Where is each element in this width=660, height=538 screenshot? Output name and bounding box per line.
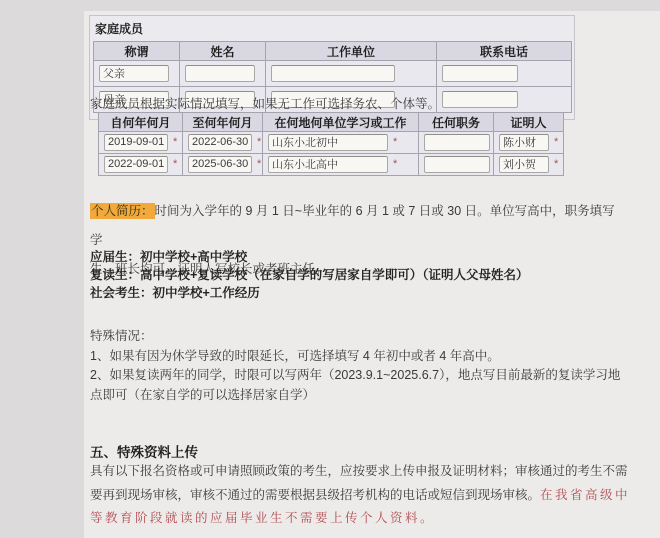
required-asterisk: * [554, 158, 558, 170]
resume-highlight-label: 个人简历： [90, 203, 155, 219]
upload-paragraph-line-2: 要再到现场审核，审核不通过的需要根据县级招考机构的电话或短信到现场审核。在我省高… [90, 484, 638, 508]
history-header-row: 自何年何月 至何年何月 在何地何单位学习或工作 任何职务 证明人 [99, 113, 564, 132]
required-asterisk: * [173, 158, 177, 170]
table-row-father [94, 61, 572, 87]
upload-text-red: 在我省高级中 [540, 488, 630, 502]
table-row-history-1: * * * * [99, 132, 564, 154]
upload-text-red: 等教育阶段就读的应届毕业生不需要上传个人资料。 [90, 511, 435, 525]
family-phone-input[interactable] [442, 65, 518, 82]
history-place-input[interactable] [268, 156, 388, 173]
table-row-history-2: * * * * [99, 154, 564, 176]
required-asterisk: * [554, 136, 558, 148]
special-cases: 特殊情况： 1、如果有因为休学导致的时限延长，可选择填写 4 年初中或者 4 年… [90, 327, 635, 405]
resume-instruction-text: 时间为入学年的 9 月 1 日~毕业年的 6 月 1 或 7 日或 30 日。单… [90, 204, 615, 247]
column-header-workunit: 工作单位 [266, 42, 437, 61]
resume-instruction-line-1: 个人简历：时间为入学年的 9 月 1 日~毕业年的 6 月 1 或 7 日或 3… [90, 197, 622, 255]
history-certifier-input[interactable] [499, 134, 549, 151]
history-table: 自何年何月 至何年何月 在何地何单位学习或工作 任何职务 证明人 * * * *… [98, 112, 564, 176]
special-case-item-1: 1、如果有因为休学导致的时限延长，可选择填写 4 年初中或者 4 年高中。 [90, 347, 635, 367]
family-members-legend: 家庭成员 [90, 18, 574, 41]
rule-social-candidate: 社会考生：初中学校+工作经历 [90, 284, 529, 302]
family-title-input[interactable] [99, 65, 169, 82]
column-header-to: 至何年何月 [183, 113, 263, 132]
history-from-input[interactable] [104, 156, 168, 173]
candidate-type-rules: 应届生：初中学校+高中学校 复读生：高中学校+复读学校（在家自学的写居家自学即可… [90, 248, 529, 302]
column-header-place: 在何地何单位学习或工作 [263, 113, 419, 132]
history-position-input[interactable] [424, 156, 490, 173]
special-case-item-2-line-1: 2、如果复读两年的同学，时限可以写两年（2023.9.1~2025.6.7），地… [90, 366, 635, 386]
history-place-input[interactable] [268, 134, 388, 151]
family-workunit-input[interactable] [271, 65, 395, 82]
page-top-margin [0, 0, 660, 11]
history-from-input[interactable] [104, 134, 168, 151]
column-header-phone: 联系电话 [437, 42, 572, 61]
required-asterisk: * [393, 136, 397, 148]
required-asterisk: * [173, 136, 177, 148]
history-to-input[interactable] [188, 134, 252, 151]
rule-fresh-graduate: 应届生：初中学校+高中学校 [90, 248, 529, 266]
column-header-from: 自何年何月 [99, 113, 183, 132]
page-left-margin [0, 0, 84, 538]
history-position-input[interactable] [424, 134, 490, 151]
upload-paragraph-line-3: 等教育阶段就读的应届毕业生不需要上传个人资料。 [90, 507, 638, 531]
required-asterisk: * [257, 136, 261, 148]
rule-repeat-student: 复读生：高中学校+复读学校（在家自学的写居家自学即可）（证明人父母姓名） [90, 266, 529, 284]
column-header-position: 任何职务 [419, 113, 494, 132]
upload-paragraph-line-1: 具有以下报名资格或可申请照顾政策的考生，应按要求上传申报及证明材料；审核通过的考… [90, 460, 638, 484]
column-header-certifier: 证明人 [494, 113, 564, 132]
family-phone-input[interactable] [442, 91, 518, 108]
upload-text-black: 要再到现场审核，审核不通过的需要根据县级招考机构的电话或短信到现场审核。 [90, 488, 540, 502]
upload-section-heading: 五、特殊资料上传 [90, 441, 198, 461]
family-header-row: 称谓 姓名 工作单位 联系电话 [94, 42, 572, 61]
required-asterisk: * [393, 158, 397, 170]
upload-section-paragraph: 具有以下报名资格或可申请照顾政策的考生，应按要求上传申报及证明材料；审核通过的考… [90, 460, 638, 531]
required-asterisk: * [257, 158, 261, 170]
special-case-item-2-line-2: 点即可（在家自学的可以选择居家自学） [90, 386, 635, 406]
special-cases-title: 特殊情况： [90, 327, 635, 347]
upload-text-black: 具有以下报名资格或可申请照顾政策的考生，应按要求上传申报及证明材料；审核通过的考… [90, 464, 628, 478]
family-name-input[interactable] [185, 65, 255, 82]
column-header-name: 姓名 [180, 42, 266, 61]
history-certifier-input[interactable] [499, 156, 549, 173]
family-fill-note: 家庭成员根据实际情况填写，如果无工作可选择务农、个体等。 [90, 94, 440, 112]
page: 家庭成员 称谓 姓名 工作单位 联系电话 家庭成员根据实际情况 [0, 0, 660, 538]
history-to-input[interactable] [188, 156, 252, 173]
column-header-title: 称谓 [94, 42, 180, 61]
